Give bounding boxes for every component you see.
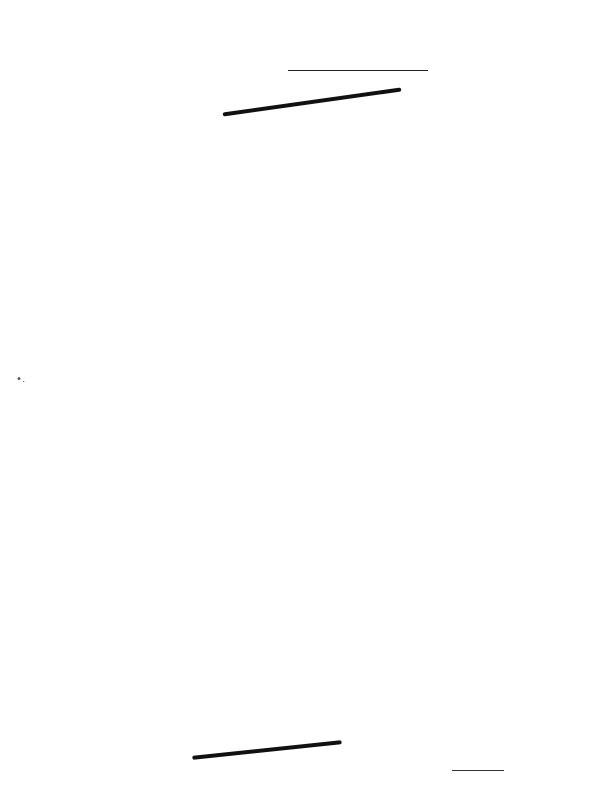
document-page: •․: [0, 0, 612, 791]
top-security-border: [28, 22, 548, 36]
margin-mark: •․: [16, 374, 25, 385]
classified-by-field: [452, 770, 504, 771]
footer-strikethrough: [192, 740, 342, 760]
stamp-strikethrough: [223, 87, 402, 116]
classification-header-field: [288, 70, 428, 71]
